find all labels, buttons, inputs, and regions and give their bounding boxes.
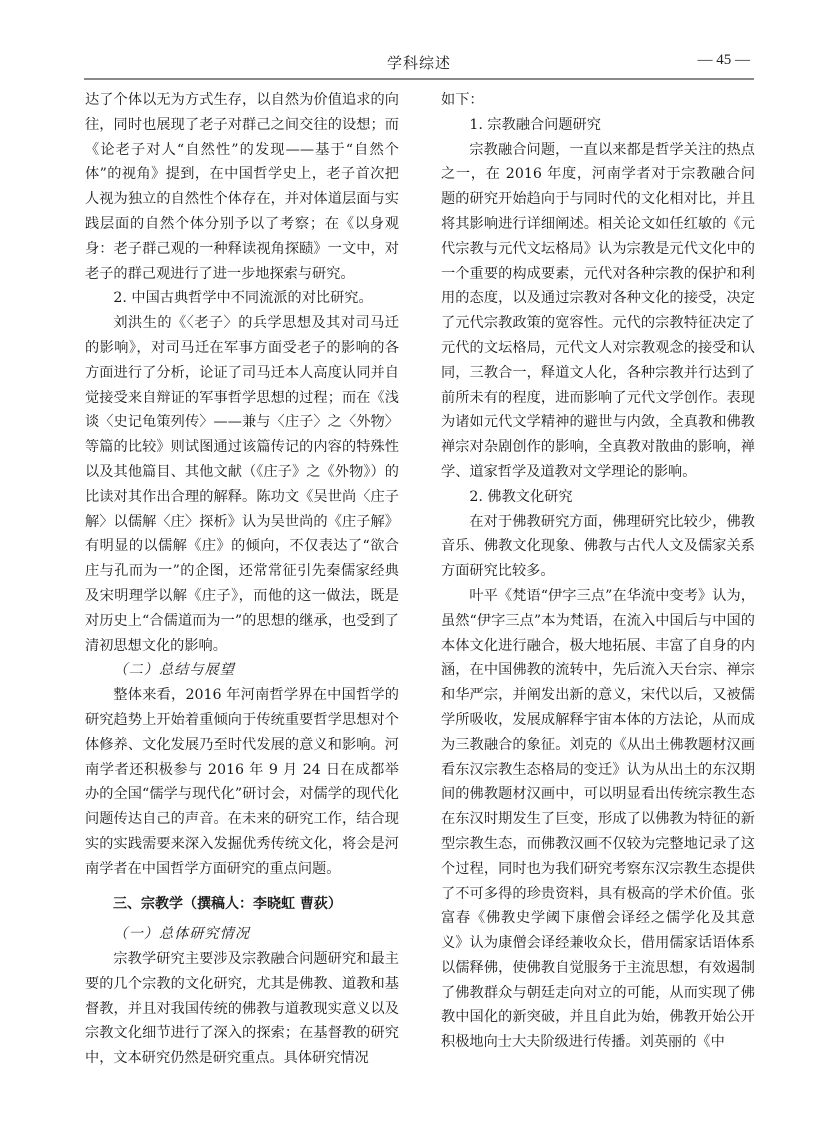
paragraph-overall-view: 整体来看，2016 年河南哲学界在中国哲学的研究趋势上开始着重倾向于传统重要哲学… (85, 683, 399, 881)
running-header: 学科综述 — 45 — (84, 50, 754, 78)
subheading-buddhist-culture: 2. 佛教文化研究 (441, 485, 755, 510)
subheading-religious-fusion: 1. 宗教融合问题研究 (441, 113, 755, 138)
subheading-overall-research: （一）总体研究情况 (85, 922, 399, 947)
paragraph-buddhist-overview: 在对于佛教研究方面，佛理研究比较少，佛教音乐、佛教文化现象、佛教与古代人文及儒家… (441, 510, 755, 584)
right-column: 如下： 1. 宗教融合问题研究 宗教融合问题，一直以来都是哲学关注的热点之一，在… (441, 88, 755, 1055)
running-title: 学科综述 (84, 52, 754, 73)
subheading-summary-outlook: （二）总结与展望 (85, 658, 399, 683)
left-column: 达了个体以无为方式生存，以自然为价值追求的向往，同时也展现了老子对群己之间交往的… (85, 88, 399, 1071)
paragraph-buddhist-papers: 叶平《梵语“伊字三点”在华流中变考》认为，虽然“伊字三点”本为梵语，在流入中国后… (441, 584, 755, 1055)
paragraph-liu-hongsheng: 刘洪生的《〈老子〉的兵学思想及其对司马迁的影响》，对司马迁在军事方面受老子的影响… (85, 311, 399, 658)
subheading-comparative-study: 2. 中国古典哲学中不同流派的对比研究。 (85, 286, 399, 311)
section-heading-religious-studies: 三、宗教学（撰稿人：李晓虹 曹荻） (85, 892, 399, 917)
page-number: — 45 — (698, 52, 751, 69)
paragraph-religious-fusion: 宗教融合问题，一直以来都是哲学关注的热点之一，在 2016 年度，河南学者对于宗… (441, 138, 755, 485)
header-divider (84, 78, 754, 80)
paragraph-continued: 如下： (441, 88, 755, 113)
paragraph-religious-studies-intro: 宗教学研究主要涉及宗教融合问题研究和最主要的几个宗教的文化研究，尤其是佛教、道教… (85, 947, 399, 1071)
paragraph-continued: 达了个体以无为方式生存，以自然为价值追求的向往，同时也展现了老子对群己之间交往的… (85, 88, 399, 286)
